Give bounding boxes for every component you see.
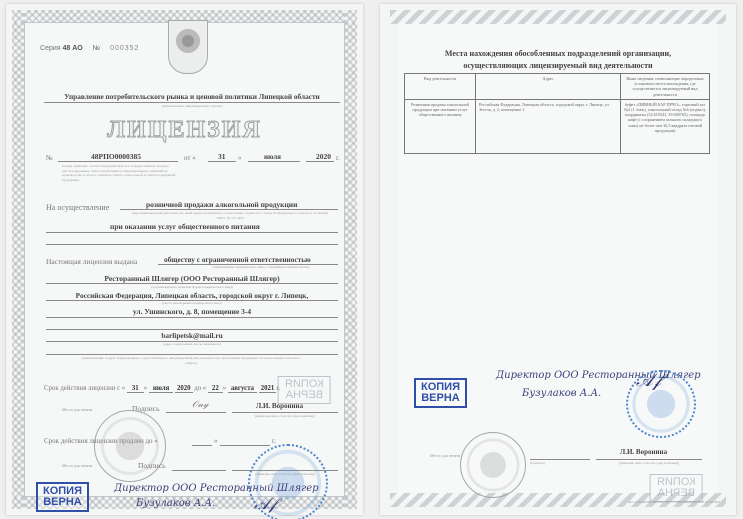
extended-quote: »	[214, 437, 218, 445]
authority-caption: (наименование лицензирующего органа)	[44, 104, 340, 109]
validity-label: Срок действия лицензии с «	[44, 385, 125, 392]
validity-from-month: июля	[149, 385, 173, 393]
activity-line-2: при оказании услуг общественного питания	[110, 222, 260, 231]
validity-to-year: 2021	[259, 385, 277, 393]
signatory-caption: (фамилия, имя, отчество (при наличии))	[596, 461, 702, 466]
email-caption: (адрес электронной почты лицензиата)	[46, 342, 338, 347]
issued-to-caption-1: (наименование юридического лица, сокращё…	[186, 265, 336, 270]
copy-certified-stamp: КОПИЯВЕРНА	[414, 378, 467, 408]
date-from-label: от «	[184, 154, 196, 162]
year-suffix: г.	[336, 154, 340, 162]
header-address: Адрес	[476, 74, 621, 100]
number-sign: №	[93, 45, 101, 52]
annex-heading-line-1: Места нахождения обособленных подразделе…	[390, 48, 726, 60]
validity-from-day: 31	[127, 385, 144, 393]
eagle-icon	[174, 27, 202, 55]
licence-front-page: Серия 48 АО № 000352 Управление потребит…	[6, 4, 363, 515]
cell-address: Российская Федерация, Липецкая область, …	[476, 99, 621, 153]
seal-place-label: Место для печати	[62, 408, 92, 413]
locations-table: Вид деятельности Адрес Иные сведения, по…	[404, 73, 710, 154]
header-activity: Вид деятельности	[405, 74, 476, 100]
blank-number: 000352	[110, 45, 139, 52]
licensing-authority-seal	[94, 410, 166, 482]
ghost-copy-stamp: КОПИЯВЕРНА	[650, 474, 703, 502]
signatory-name: Л.И. Воронина	[256, 402, 303, 410]
series-label: Серия	[40, 45, 61, 52]
printer-footer: АО «ОПЦИОН» Москва 2017 г. «Б» Лицензия …	[570, 500, 720, 505]
cell-other-info: буфет «ПИВНЫЙ БАР ПРЧО», торговый зал №2…	[621, 99, 710, 153]
address-caption: (место нахождения юридического лица)	[46, 301, 338, 306]
handwritten-certification-line-2: Бузулаков А.А.	[136, 498, 215, 509]
email-address: barlipetsk@mail.ru	[46, 331, 338, 340]
validity-to-day: 22	[208, 385, 223, 393]
series-value: 48 АО	[63, 45, 83, 52]
handwritten-certification-line-2: Бузулаков А.А.	[522, 388, 601, 399]
validity-row: Срок действия лицензии с « 31» июля 2020…	[44, 385, 280, 392]
handwritten-certification-line-1: Директор ООО Ресторанный Шлягер	[114, 483, 319, 494]
activity-line-1: розничной продажи алкогольной продукции	[146, 200, 297, 209]
validity-to-label: до «	[194, 385, 206, 392]
ghost-copy-stamp: КОПИЯВЕРНА	[278, 376, 331, 404]
company-name: Ресторанный Шлягер (ООО Ресторанный Шляг…	[46, 274, 338, 283]
date-separator: »	[238, 154, 242, 162]
licence-annex-page: Места нахождения обособленных подразделе…	[380, 4, 736, 515]
coat-of-arms-emblem	[168, 20, 208, 74]
seal-place-label: Место для печати	[430, 454, 460, 459]
header-other-info: Иные сведения, позволяющие определенно у…	[621, 74, 710, 100]
annex-heading-line-2: осуществляющих лицензируемый вид деятель…	[390, 60, 726, 72]
licence-date-year: 2020	[316, 152, 331, 161]
licence-number-caption: (номер лицензии, соответствующий записи …	[62, 164, 177, 182]
director-signature: 𝒜𝒻	[254, 494, 276, 514]
licensing-authority-seal	[460, 432, 526, 498]
director-signature: 𝒜𝒻	[636, 370, 661, 391]
issued-to-caption-2: (организационно-правовая форма юридическ…	[46, 285, 338, 290]
signatory-name: Л.И. Воронина	[620, 448, 667, 456]
annex-heading: Места нахождения обособленных подразделе…	[390, 48, 726, 72]
signatory-caption: (фамилия, имя, отчество (при наличии))	[232, 414, 338, 419]
misc-caption: (наименование и адрес подразделения, осу…	[76, 356, 306, 365]
activity-label: На осуществление	[46, 203, 109, 212]
document-title: ЛИЦЕНЗИЯ	[6, 117, 363, 144]
validity-to-month: августа	[228, 385, 257, 393]
signature-label-2: Подпись	[138, 461, 166, 470]
licence-number-label: №	[46, 154, 53, 162]
validity-from-year: 2020	[175, 385, 193, 393]
table-header-row: Вид деятельности Адрес Иные сведения, по…	[405, 74, 710, 100]
extended-suffix: г.	[272, 437, 276, 445]
address-line-1: Российская Федерация, Липецкая область, …	[46, 291, 338, 300]
seal-place-label-2: Место для печати	[62, 464, 92, 469]
licensing-authority: Управление потребительского рынка и цено…	[44, 92, 340, 101]
licence-date-day: 31	[218, 152, 226, 161]
series-block: Серия 48 АО № 000352	[40, 45, 139, 52]
official-signature: 𝒪𝓃𝓎	[192, 400, 208, 410]
cell-activity: Розничная продажа алкогольной продукции …	[405, 99, 476, 153]
signature-caption: (Подпись)	[530, 461, 560, 466]
issued-to-label: Настоящая лицензия выдана	[46, 257, 137, 266]
activity-caption: (вид лицензируемой деятельности, иной пр…	[130, 211, 330, 220]
licence-date-month: июля	[264, 153, 281, 161]
address-line-2: ул. Ушинского, д. 8, помещение 3-4	[46, 307, 338, 316]
decorative-top-border	[390, 10, 726, 24]
licence-number: 48РПО0000385	[91, 152, 141, 161]
issued-to-line-1: обществу с ограниченной ответственностью	[164, 255, 311, 264]
copy-certified-stamp: КОПИЯВЕРНА	[36, 482, 89, 512]
table-row: Розничная продажа алкогольной продукции …	[405, 99, 710, 153]
